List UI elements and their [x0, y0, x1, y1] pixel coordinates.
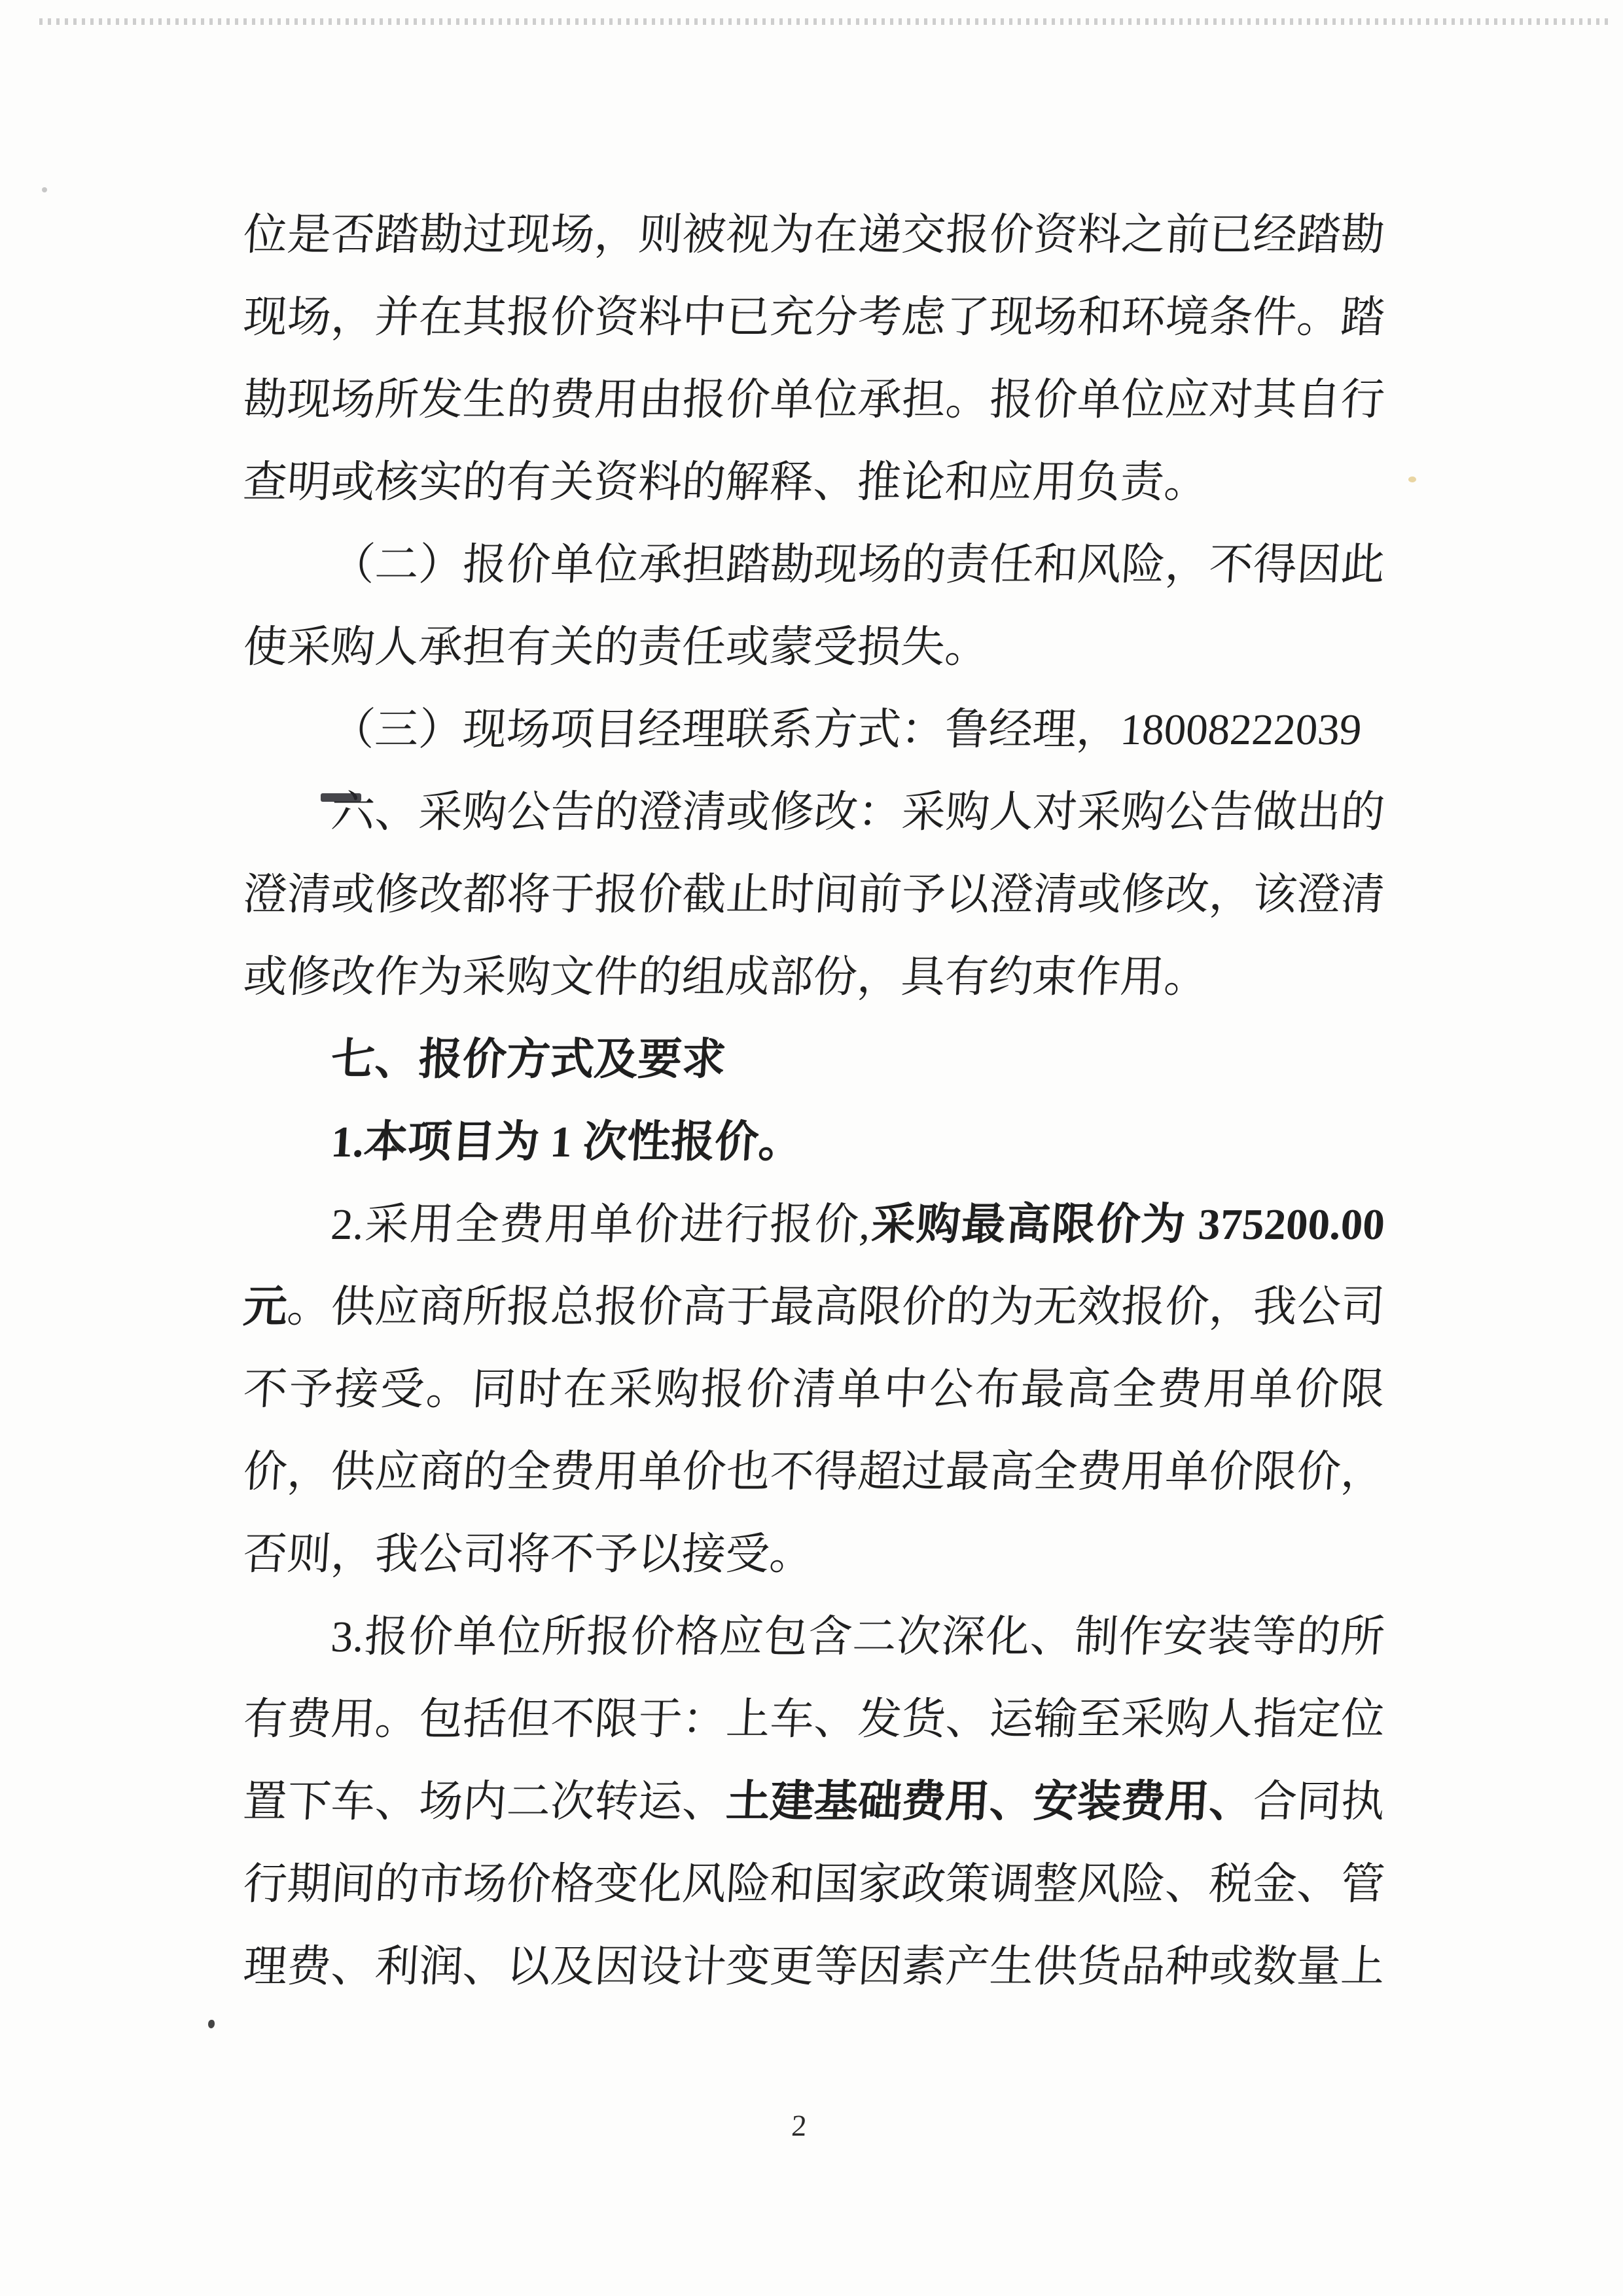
text-line: （三）现场项目经理联系方式：鲁经理，18008222039	[241, 689, 1387, 771]
text-segment: 或修改作为采购文件的组成部份，具有约束作用。	[242, 953, 1210, 1001]
text-line: 1.本项目为 1 次性报价。	[241, 1101, 1387, 1183]
text-segment: 查明或核实的有关资料的解释、推论和应用负责。	[242, 458, 1210, 507]
text-line: 置下车、场内二次转运、土建基础费用、安装费用、合同执	[241, 1761, 1387, 1843]
bold-text-segment: 1.本项目为 1 次性报价。	[330, 1118, 804, 1166]
text-line: 查明或核实的有关资料的解释、推论和应用负责。	[241, 441, 1387, 524]
text-segment: 现场，并在其报价资料中已充分考虑了现场和环境条件。踏	[242, 293, 1387, 342]
text-line: 行期间的市场价格变化风险和国家政策调整风险、税金、管	[241, 1843, 1387, 1926]
text-segment: 有费用。包括但不限于：上车、发货、运输至采购人指定位	[242, 1695, 1387, 1744]
text-segment: 2.采用全费用单价进行报价,	[330, 1200, 872, 1249]
scan-artifact-ink-dot	[208, 2020, 215, 2028]
text-line: 使采购人承担有关的责任或蒙受损失。	[241, 606, 1387, 689]
scan-artifact-noise-band	[39, 18, 1610, 25]
text-segment: 价，供应商的全费用单价也不得超过最高全费用单价限价，	[242, 1448, 1387, 1496]
text-segment: 理费、利润、以及因设计变更等因素产生供货品种或数量上	[242, 1943, 1387, 1991]
text-block: 位是否踏勘过现场，则被视为在递交报价资料之前已经踏勘现场，并在其报价资料中已充分…	[241, 194, 1382, 2008]
page-number: 2	[775, 2106, 823, 2145]
text-segment: （二）报价单位承担踏勘现场的责任和风险，不得因此	[330, 541, 1387, 589]
bold-text-segment: 采购最高限价为 375200.00	[869, 1200, 1386, 1249]
text-segment: （三）现场项目经理联系方式：鲁经理，18008222039	[330, 706, 1363, 754]
bold-text-segment: 土建基础费用、安装费用、	[724, 1778, 1254, 1826]
text-line: （二）报价单位承担踏勘现场的责任和风险，不得因此	[241, 524, 1387, 606]
text-line: 六、采购公告的澄清或修改：采购人对采购公告做出的	[241, 771, 1387, 853]
text-line: 理费、利润、以及因设计变更等因素产生供货品种或数量上	[241, 1926, 1387, 2008]
text-line: 位是否踏勘过现场，则被视为在递交报价资料之前已经踏勘	[241, 194, 1387, 276]
text-segment: 六、采购公告的澄清或修改：采购人对采购公告做出的	[330, 788, 1387, 836]
text-segment: 否则，我公司将不予以接受。	[242, 1530, 815, 1579]
text-segment: 合同执	[1251, 1778, 1386, 1826]
scan-artifact-speck-gray	[42, 187, 47, 192]
text-segment: 不予接受。同时在采购报价清单中公布最高全费用单价限	[242, 1365, 1387, 1414]
text-line: 3.报价单位所报价格应包含二次深化、制作安装等的所	[241, 1596, 1387, 1678]
text-segment: 位是否踏勘过现场，则被视为在递交报价资料之前已经踏勘	[242, 211, 1387, 259]
text-segment: 勘现场所发生的费用由报价单位承担。报价单位应对其自行	[242, 376, 1387, 424]
scanned-document-page: 位是否踏勘过现场，则被视为在递交报价资料之前已经踏勘现场，并在其报价资料中已充分…	[0, 0, 1623, 2296]
bold-text-segment: 元	[242, 1283, 289, 1331]
text-line: 价，供应商的全费用单价也不得超过最高全费用单价限价，	[241, 1431, 1387, 1513]
bold-text-segment: 七、报价方式及要求	[330, 1035, 728, 1084]
text-line: 2.采用全费用单价进行报价,采购最高限价为 375200.00	[241, 1183, 1387, 1266]
text-segment: 3.报价单位所报价格应包含二次深化、制作安装等的所	[330, 1613, 1387, 1661]
text-line: 或修改作为采购文件的组成部份，具有约束作用。	[241, 936, 1387, 1018]
text-segment: 行期间的市场价格变化风险和国家政策调整风险、税金、管	[242, 1860, 1387, 1909]
text-line: 不予接受。同时在采购报价清单中公布最高全费用单价限	[241, 1348, 1387, 1431]
text-segment: 澄清或修改都将于报价截止时间前予以澄清或修改，该澄清	[242, 870, 1387, 919]
text-line: 元。供应商所报总报价高于最高限价的为无效报价，我公司	[241, 1266, 1387, 1348]
scan-artifact-speck-yellow	[1408, 476, 1416, 482]
text-segment: 置下车、场内二次转运、	[242, 1778, 728, 1826]
text-line: 有费用。包括但不限于：上车、发货、运输至采购人指定位	[241, 1678, 1387, 1761]
text-segment: 使采购人承担有关的责任或蒙受损失。	[242, 623, 991, 672]
text-line: 现场，并在其报价资料中已充分考虑了现场和环境条件。踏	[241, 276, 1387, 359]
scan-artifact-ink-blob	[321, 793, 361, 802]
text-line: 勘现场所发生的费用由报价单位承担。报价单位应对其自行	[241, 359, 1387, 441]
text-segment: 。供应商所报总报价高于最高限价的为无效报价，我公司	[286, 1283, 1386, 1331]
text-line: 澄清或修改都将于报价截止时间前予以澄清或修改，该澄清	[241, 853, 1387, 936]
text-line: 七、报价方式及要求	[241, 1018, 1387, 1101]
text-line: 否则，我公司将不予以接受。	[241, 1513, 1387, 1596]
